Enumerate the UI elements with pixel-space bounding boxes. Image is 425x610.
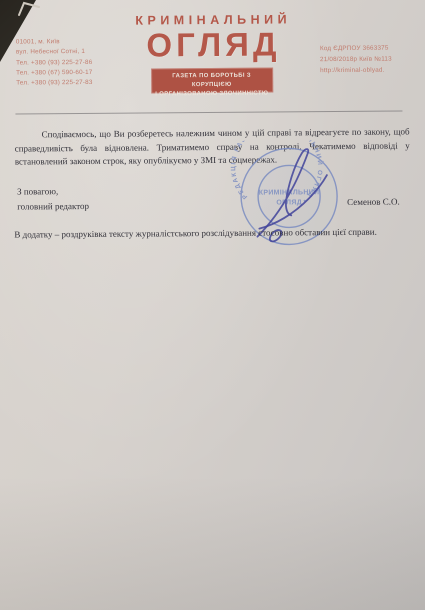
- masthead-banner: ГАЗЕТА ПО БОРОТЬБІ З КОРУПЦІЄЮ І ОРГАНІЗ…: [151, 68, 273, 94]
- address-line: 01001, м. Київ: [16, 37, 92, 48]
- document-page: КРИМІНАЛЬНИЙ ОГЛЯД ГАЗЕТА ПО БОРОТЬБІ З …: [0, 0, 425, 610]
- closing-line: З повагою,: [17, 186, 58, 196]
- date-number-line: 21/08/2018р Київ №113: [320, 54, 392, 66]
- phone-line: Тел. +380 (67) 590-60-17: [16, 68, 92, 79]
- photo-background: КРИМІНАЛЬНИЙ ОГЛЯД ГАЗЕТА ПО БОРОТЬБІ З …: [0, 0, 425, 610]
- phone-line: Тел. +380 (93) 225-27-86: [16, 58, 92, 69]
- edrpou-code: Код ЄДРПОУ 3663375: [320, 43, 392, 55]
- contact-block-left: 01001, м. Київ вул. Небесної Сотні, 1 Те…: [16, 37, 93, 89]
- signer-title: головний редактор: [17, 201, 89, 212]
- address-line: вул. Небесної Сотні, 1: [16, 47, 92, 58]
- stamp-center-line2: ОГЛЯД: [276, 199, 302, 206]
- phone-line: Тел. +380 (93) 225-27-83: [16, 78, 92, 89]
- banner-line2: І ОРГАНІЗОВАНОЮ ЗЛОЧИННІСТЮ: [152, 90, 272, 100]
- staple-icon: [15, 0, 43, 17]
- website-line: http://kriminal-oblyad.: [320, 65, 392, 77]
- document-content: КРИМІНАЛЬНИЙ ОГЛЯД ГАЗЕТА ПО БОРОТЬБІ З …: [0, 0, 425, 610]
- banner-line1: ГАЗЕТА ПО БОРОТЬБІ З КОРУПЦІЄЮ: [152, 72, 272, 91]
- contact-block-right: Код ЄДРПОУ 3663375 21/08/2018р Київ №113…: [320, 43, 392, 77]
- letterhead-separator: [15, 111, 402, 115]
